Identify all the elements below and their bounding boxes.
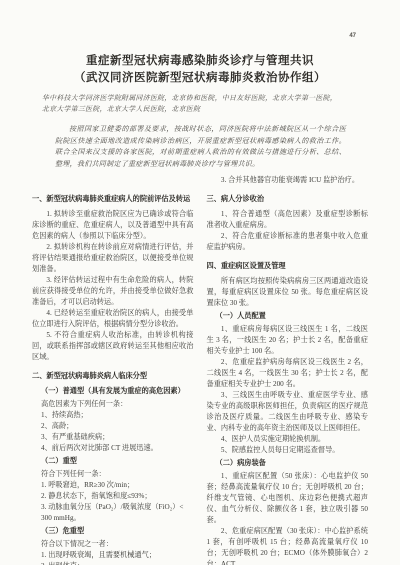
paragraph: 5、院感监控人员每日定期巡查督导。 — [207, 445, 369, 456]
title-line-2: （武汉同济医院新型冠状病毒肺炎救治协作组） — [32, 70, 368, 87]
section-heading: 三、病人分诊收治 — [207, 193, 369, 204]
paragraph: 4、医护人员实施定期轮换机制。 — [207, 434, 369, 445]
paragraph: 1、重症病房每病区设三线医生 1 名，二线医生 3 名，一线医生 20 名；护士… — [207, 324, 369, 357]
paragraph: 1. 出现呼吸衰竭，且需要机械通气； — [41, 550, 194, 561]
right-column: 3. 合并其他器官功能衰竭需 ICU 监护治疗。三、病人分诊收治1、符合普通型（… — [207, 175, 369, 565]
paragraph: 3. 动脉血氧分压（PaO₂）/吸氧浓度（FiO₂）< 300 mmHg。 — [41, 502, 194, 524]
paragraph: 1. 拟转诊至重症救治院区应为已确诊或符合临床诊断的重症、危重症病人，以及普通型… — [32, 209, 194, 242]
paragraph: 符合下列任何一条： — [41, 469, 194, 480]
abstract-paragraph: 按照国家卫健委的部署及要求，按战时状态，同济医院将中法新城院区从一个综合医院院区… — [55, 124, 346, 170]
document-page: 47 重症新型冠状病毒感染肺炎诊疗与管理共识 （武汉同济医院新型冠状病毒肺炎救治… — [0, 0, 400, 565]
affiliations: 华中科技大学同济医学院附属同济医院，北京协和医院，中日友好医院，北京大学第一医院… — [42, 94, 344, 115]
paragraph: 2. 拟转诊机构在转诊前应对病情进行评估，并将评估结果通报给重症救治院区，以便接… — [32, 242, 194, 275]
paragraph: 1. 呼吸窘迫，RR≥30 次/min； — [41, 480, 194, 491]
paragraph: 1、持续高热； — [41, 410, 194, 421]
paragraph: 3. 经评估转运过程中有生命危险的病人，转院前应获得接受单位的允许，并由接受单位… — [32, 275, 194, 308]
paragraph: 2、高龄； — [41, 421, 194, 432]
sub-heading: （一）人员配置 — [216, 311, 369, 322]
sub-heading: （二）病房装备 — [216, 458, 369, 469]
two-column-body: 一、新型冠状病毒肺炎重症病人的院前评估及转运1. 拟转诊至重症救治院区应为已确诊… — [32, 175, 368, 565]
paragraph: 2、符合危重症诊断标准的患者集中收入危重症监护病房。 — [207, 231, 369, 253]
article-title: 重症新型冠状病毒感染肺炎诊疗与管理共识 （武汉同济医院新型冠状病毒肺炎救治协作组… — [32, 53, 368, 87]
section-heading: 二、新型冠状病毒肺炎病人临床分型 — [32, 370, 194, 381]
sub-heading: （一）普通型（具有发展为重症的高危因素） — [41, 386, 194, 397]
paragraph: 2. 静息状态下，指氧饱和度≤93%； — [41, 491, 194, 502]
section-heading: 四、重症病区设置及管理 — [207, 260, 369, 271]
paragraph: 3、有严重基础疾病； — [41, 432, 194, 443]
page-number: 47 — [349, 33, 356, 39]
sub-heading: （二）重型 — [41, 456, 194, 467]
paragraph: 符合以下情况之一者： — [41, 539, 194, 550]
paragraph: 2. 出现休克； — [41, 561, 194, 565]
sub-heading: （三）危重型 — [41, 526, 194, 537]
paragraph: 4、前后两次对比肺部 CT 进展迅速。 — [41, 443, 194, 454]
paragraph: 3、三线医生由呼吸专业、重症医学专业、感染专业的高级职称医师担任，负责病区的医疗… — [207, 390, 369, 434]
paragraph: 5. 不符合重症病人收治标准，由转诊机构接回，或联系指挥部或辖区政府转运至其他相… — [32, 330, 194, 363]
section-heading: 一、新型冠状病毒肺炎重症病人的院前评估及转运 — [32, 193, 194, 204]
paragraph: 所有病区均按照传染病病房三区两通道改造设置，每重症病区设置床位 50 张。每危重… — [207, 276, 369, 309]
paragraph: 2、危重症病区配置（30 张床）：中心监护系统 1 套，有创呼吸机 15 台；经… — [207, 526, 369, 565]
paragraph: 高危因素为下列任何一条： — [41, 399, 194, 410]
paragraph: 1、重症病区配置（50 张床）：心电监护仪 50 套；经鼻高流量氧疗仪 10 台… — [207, 471, 369, 526]
paragraph: 1、符合普通型（高危因素）及重症型诊断标准者收入重症病房。 — [207, 209, 369, 231]
left-column: 一、新型冠状病毒肺炎重症病人的院前评估及转运1. 拟转诊至重症救治院区应为已确诊… — [32, 175, 194, 565]
paragraph: 3. 合并其他器官功能衰竭需 ICU 监护治疗。 — [207, 175, 369, 186]
paragraph: 2、危重症监护病房每病区设三线医生 2 名，二线医生 4 名，一线医生 30 名… — [207, 357, 369, 390]
paragraph: 4. 已经转运至重症收治院区的病人，由接受单位立即进行入院评估，根据病情分型分诊… — [32, 308, 194, 330]
title-line-1: 重症新型冠状病毒感染肺炎诊疗与管理共识 — [32, 53, 368, 70]
